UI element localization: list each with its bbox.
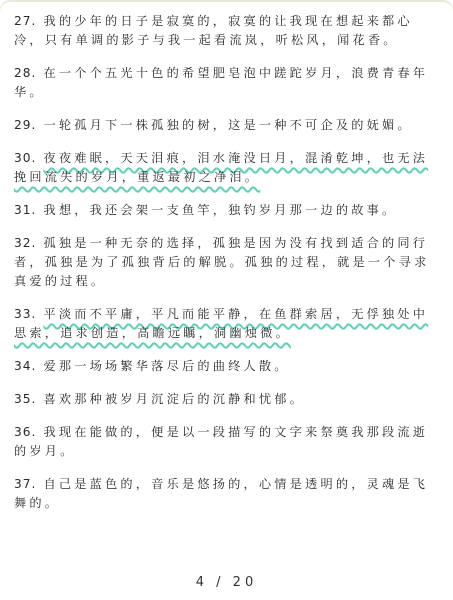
- entry-text: 我想，我还会架一支鱼竿，独钓岁月那一边的故事。: [43, 203, 397, 217]
- quote-entry-35: 35. 喜欢那种被岁月沉淀后的沉静和忧郁。: [14, 390, 439, 409]
- quote-entry-37: 37. 自己是蓝色的，音乐是悠扬的，心情是透明的，灵魂是飞舞的。: [14, 475, 439, 513]
- quote-list: 27. 我的少年的日子是寂寞的，寂寞的让我现在想起来都心冷，只有单调的影子与我一…: [14, 12, 439, 527]
- entry-number: 36.: [14, 425, 36, 439]
- quote-entry-31: 31. 我想，我还会架一支鱼竿，独钓岁月那一边的故事。: [14, 201, 439, 220]
- entry-text: 爱那一场场繁华落尽后的曲终人散。: [43, 359, 289, 373]
- entry-text: 在一个个五光十色的希望肥皂泡中蹉跎岁月，浪费青春年华。: [14, 66, 428, 99]
- quote-entry-32: 32. 孤独是一种无奈的选择，孤独是因为没有找到适合的同行者，孤独是为了孤独背后…: [14, 234, 439, 291]
- entry-number: 35.: [14, 392, 36, 406]
- entry-number: 31.: [14, 203, 36, 217]
- quote-entry-28: 28. 在一个个五光十色的希望肥皂泡中蹉跎岁月，浪费青春年华。: [14, 64, 439, 102]
- entry-number: 29.: [14, 118, 36, 132]
- entry-text: 孤独是一种无奈的选择，孤独是因为没有找到适合的同行者，孤独是为了孤独背后的解脱。…: [14, 236, 429, 288]
- quote-entry-33: 33. 平淡而不平庸，平凡而能平静，在鱼群索居，无俘独处中思索，追求创造，高瞻远…: [14, 305, 439, 343]
- quote-entry-34: 34. 爱那一场场繁华落尽后的曲终人散。: [14, 357, 439, 376]
- entry-number: 34.: [14, 359, 36, 373]
- entry-number: 32.: [14, 236, 36, 250]
- entry-text-highlighted: 平淡而不平庸，平凡而能平静，在鱼群索居，无俘独处中思索，追求创造，高瞻远瞩，洞幽…: [14, 307, 428, 340]
- quote-entry-30: 30. 夜夜难眠，天天泪痕，泪水淹没日月，混淆乾坤，也无法挽回流失的岁月，重返最…: [14, 149, 439, 187]
- entry-text: 喜欢那种被岁月沉淀后的沉静和忧郁。: [43, 392, 305, 406]
- entry-number: 30.: [14, 151, 36, 165]
- quote-entry-29: 29. 一轮孤月下一株孤独的树，这是一种不可企及的妩媚。: [14, 116, 439, 135]
- entry-number: 28.: [14, 66, 36, 80]
- entry-number: 37.: [14, 477, 36, 491]
- entry-text: 我现在能做的，便是以一段描写的文字来祭奠我那段流逝的岁月。: [14, 425, 428, 458]
- entry-text: 我的少年的日子是寂寞的，寂寞的让我现在想起来都心冷，只有单调的影子与我一起看流岚…: [14, 14, 413, 47]
- entry-text: 一轮孤月下一株孤独的树，这是一种不可企及的妩媚。: [43, 118, 412, 132]
- quote-entry-27: 27. 我的少年的日子是寂寞的，寂寞的让我现在想起来都心冷，只有单调的影子与我一…: [14, 12, 439, 50]
- entry-number: 27.: [14, 14, 36, 28]
- page-indicator: 4 / 20: [0, 575, 453, 590]
- entry-text-highlighted: 夜夜难眠，天天泪痕，泪水淹没日月，混淆乾坤，也无法挽回流失的岁月，重返最初之净泪…: [14, 151, 428, 184]
- entry-number: 33.: [14, 307, 36, 321]
- entry-text: 自己是蓝色的，音乐是悠扬的，心情是透明的，灵魂是飞舞的。: [14, 477, 428, 510]
- quote-entry-36: 36. 我现在能做的，便是以一段描写的文字来祭奠我那段流逝的岁月。: [14, 423, 439, 461]
